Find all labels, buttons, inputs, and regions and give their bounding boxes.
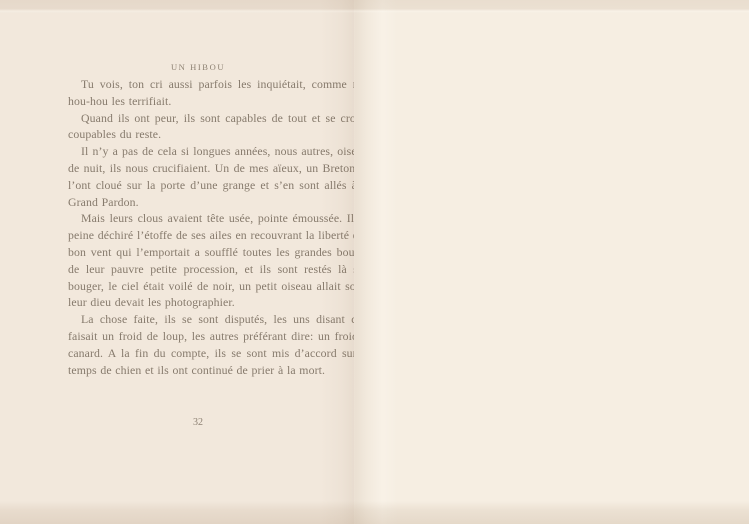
left-page-text: Tu vois, ton cri aussi parfois les inqui…: [68, 76, 374, 378]
left-page: UN HIBOU Tu vois, ton cri aussi parfois …: [0, 0, 354, 524]
chapter-title: UN HIBOU: [68, 62, 328, 72]
paragraph: Quand ils ont peur, ils sont capables de…: [68, 110, 374, 144]
paragraph: Mais leurs clous avaient tête usée, poin…: [68, 210, 374, 311]
paragraph: La chose faite, ils se sont disputés, le…: [68, 311, 374, 378]
paragraph: Il n’y a pas de cela si longues années, …: [68, 143, 374, 210]
book-spread: UN HIBOU Tu vois, ton cri aussi parfois …: [0, 0, 749, 524]
left-page-number: 32: [68, 417, 328, 428]
paragraph: Tu vois, ton cri aussi parfois les inqui…: [68, 76, 374, 110]
right-page: Ainsi, dans “ Guerre à Satan ” (Imprimat…: [354, 0, 749, 524]
